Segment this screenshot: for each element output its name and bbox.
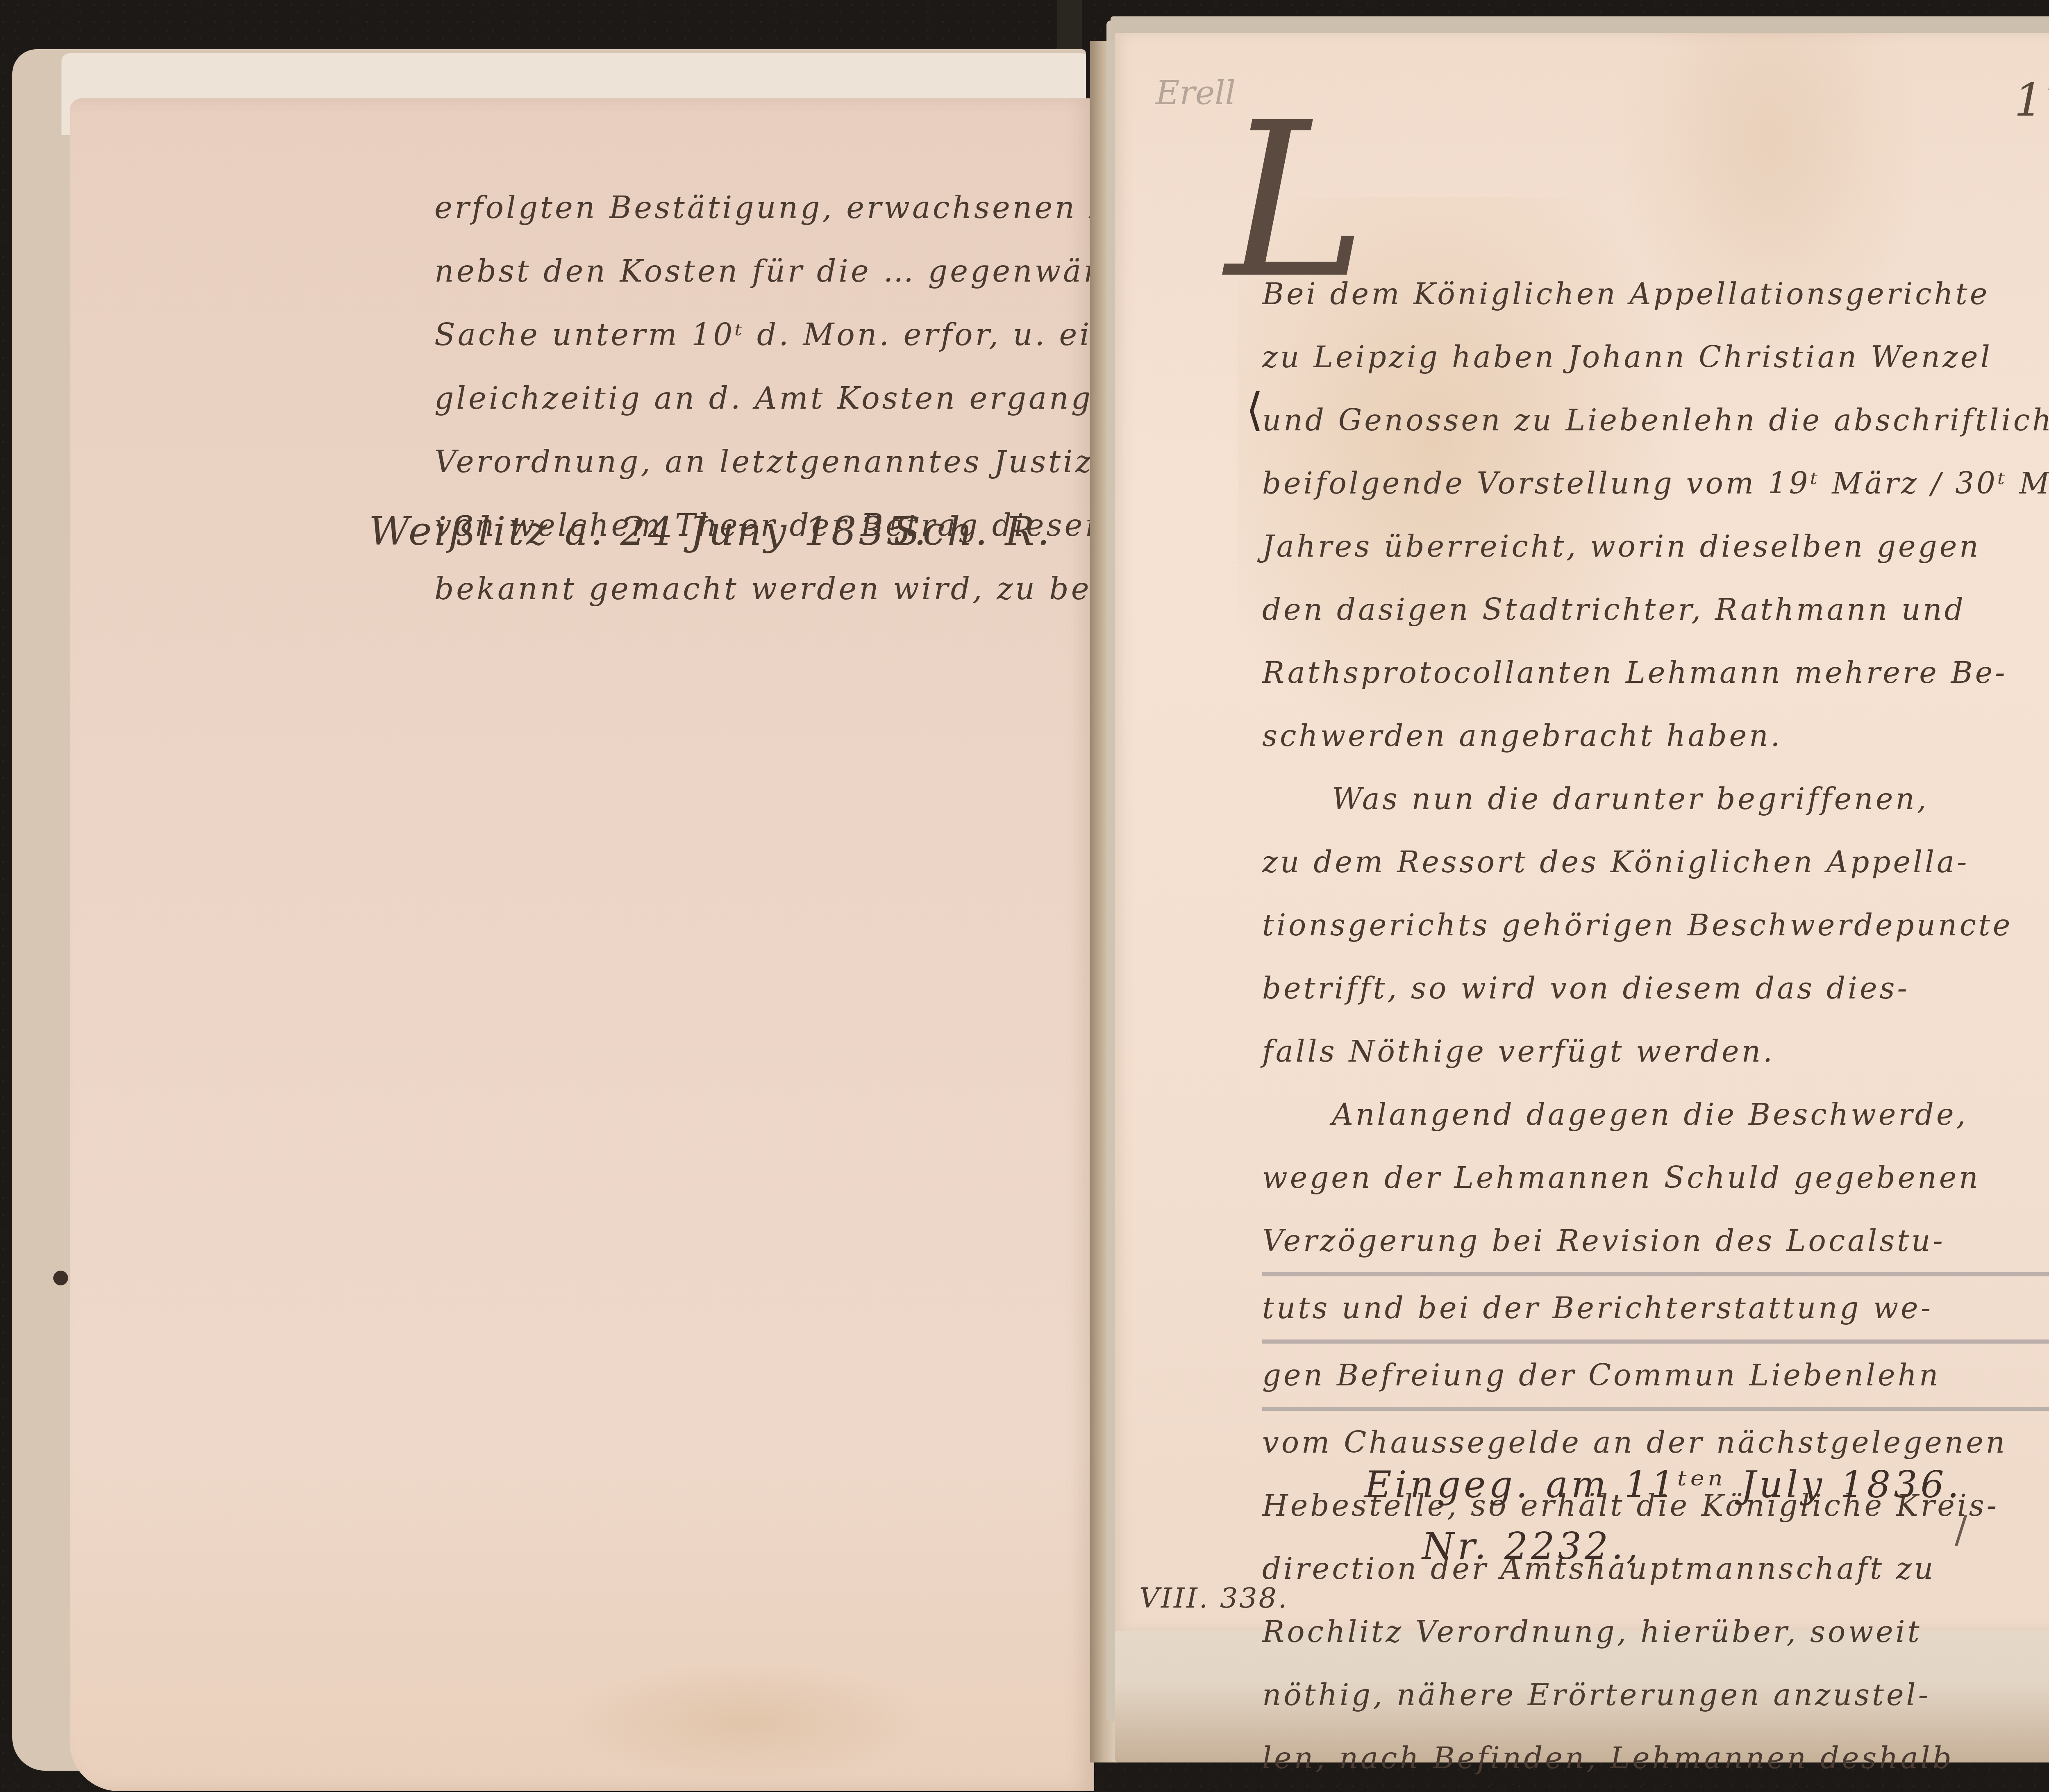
text-line: und Genossen zu Liebenlehn die abschrift…: [1262, 389, 2049, 452]
text-line: Rochlitz Verordnung, hierüber, soweit: [1262, 1600, 2049, 1663]
left-signature: Sch. R.: [893, 508, 1052, 554]
text-line: falls Nöthige verfügt werden.: [1262, 1020, 2049, 1083]
text-line: tionsgerichts gehörigen Beschwerdepuncte: [1262, 894, 2049, 957]
text-line-underlined: Verzögerung bei Revision des Localstu-: [1262, 1209, 2049, 1276]
water-stain: [561, 1660, 930, 1783]
text-line: zu dem Ressort des Königlichen Appella-: [1262, 830, 2049, 894]
text-line-underlined: gen Befreiung der Commun Liebenlehn: [1262, 1344, 2049, 1411]
text-line: nöthig, nähere Erörterungen anzustel-: [1262, 1663, 2049, 1726]
text-line: Jahres überreicht, worin dieselben gegen: [1262, 515, 2049, 578]
text-line: Rathsprotocollanten Lehmann mehrere Be-: [1262, 641, 2049, 704]
shelfmark: VIII. 338.: [1139, 1582, 1288, 1615]
text-line: den dasigen Stadtrichter, Rathmann und: [1262, 578, 2049, 641]
pencil-note: Erell: [1156, 74, 1236, 112]
pencil-tick: /: [1955, 1508, 1967, 1551]
book-spine: [1057, 0, 1082, 49]
ink-blot: [53, 1271, 68, 1285]
margin-mark: ⟨: [1246, 383, 1263, 436]
text-line: direction der Amtshauptmannschaft zu: [1262, 1537, 2049, 1600]
text-line: len, nach Befinden, Lehmannen deshalb: [1262, 1726, 2049, 1790]
text-line: Anlangend dagegen die Beschwerde,: [1262, 1083, 2049, 1146]
text-line: Was nun die darunter begriffenen,: [1262, 767, 2049, 830]
left-date-line: Weißlitz a. 24 Juny 1835.: [369, 508, 929, 554]
right-page-text: Bei dem Königlichen Appellationsgerichte…: [1262, 262, 2049, 1790]
text-line: zu Leipzig haben Johann Christian Wenzel: [1262, 325, 2049, 389]
text-line: betrifft, so wird von diesem das dies-: [1262, 957, 2049, 1020]
text-line: wegen der Lehmannen Schuld gegebenen: [1262, 1146, 2049, 1209]
text-line: Bei dem Königlichen Appellationsgerichte: [1262, 262, 2049, 325]
text-line: beifolgende Vorstellung vom 19ᵗ März / 3…: [1262, 452, 2049, 515]
text-line-underlined: tuts und bei der Berichterstattung we-: [1262, 1276, 2049, 1344]
receipt-date: Eingeg. am 11ᵗᵉⁿ July 1836.: [1365, 1463, 1962, 1506]
registry-number: Nr. 2232.,: [1422, 1525, 1641, 1568]
folio-number: 17.: [2014, 74, 2049, 126]
text-line: schwerden angebracht haben.: [1262, 704, 2049, 767]
